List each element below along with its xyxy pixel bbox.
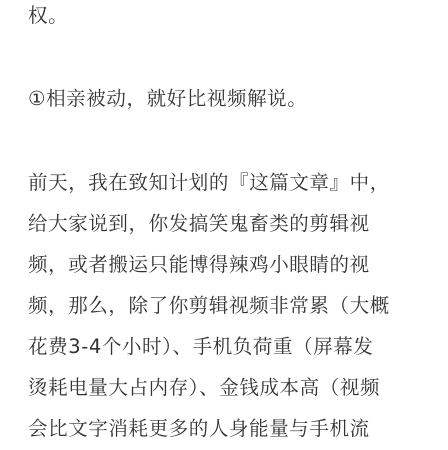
paragraph-line: 烫耗电量大占内存）、金钱成本高（视频 bbox=[28, 376, 380, 400]
paragraph-line: 前天，我在致知计划的『这篇文章』中， bbox=[28, 171, 390, 195]
paragraph-line: 频，或者搬运只能博得辣鸡小眼睛的视 bbox=[28, 253, 370, 277]
paragraph-line: 给大家说到，你发搞笑鬼畜类的剪辑视 bbox=[28, 212, 370, 236]
paragraph-line: 花费3-4个小时）、手机负荷重（屏幕发 bbox=[28, 335, 374, 359]
paragraph-line: 会比文字消耗更多的人身能量与手机流 bbox=[28, 417, 370, 441]
section-heading: ①相亲被动，就好比视频解说。 bbox=[28, 87, 307, 111]
paragraph-fragment: 权。 bbox=[28, 4, 68, 28]
paragraph-line: 频，那么，除了你剪辑视频非常累（大概 bbox=[28, 294, 390, 318]
